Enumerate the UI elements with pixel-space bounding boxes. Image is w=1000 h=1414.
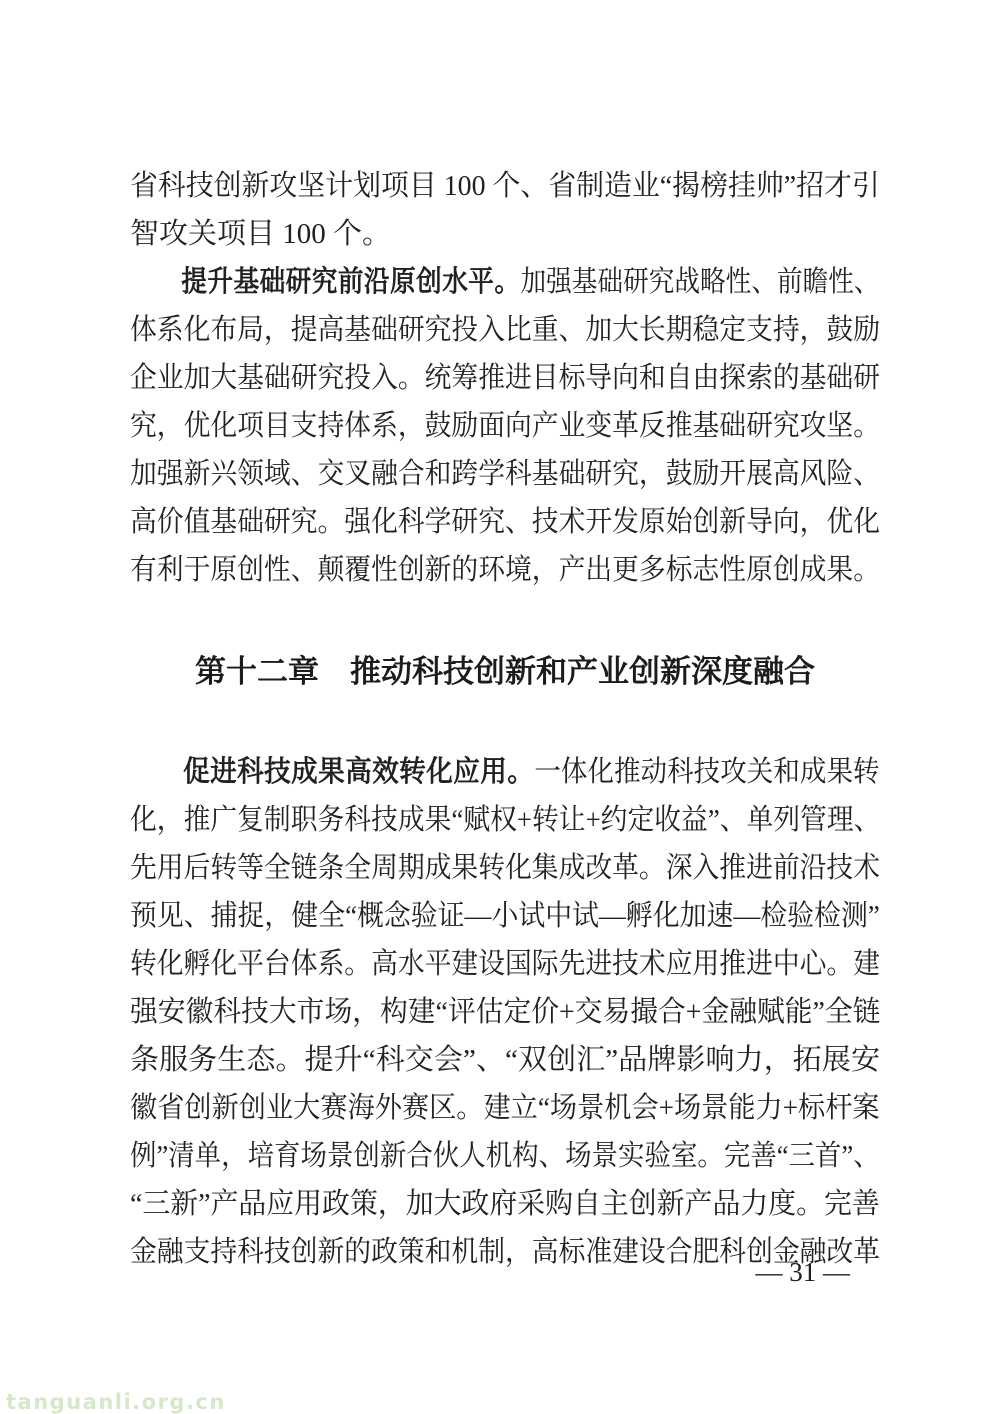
watermark: tanguanli.org.cn [6, 1390, 226, 1414]
text-line: 提升基础研究前沿原创水平。加强基础研究战略性、前瞻性、 [130, 258, 793, 306]
paragraph-achievements: 促进科技成果高效转化应用。一体化推动科技攻关和成果转 化，推广复制职务科技成果“… [130, 748, 880, 1276]
document-body: 省科技创新攻坚计划项目 100 个、省制造业“揭榜挂帅”招才引 智攻关项目 10… [130, 162, 880, 1276]
paragraph-lead-bold: 促进科技成果高效转化应用。 [183, 756, 534, 788]
text-line: 例”清单，培育场景创新合伙人机构、场景实验室。完善“三首”、 [130, 1132, 814, 1180]
text-line: 究，优化项目支持体系，鼓励面向产业变革反推基础研究攻坚。 [130, 402, 823, 450]
text-line: 企业加大基础研究投入。统筹推进目标导向和自由探索的基础研 [130, 354, 823, 402]
text-line: 高价值基础研究。强化科学研究、技术开发原始创新导向，优化 [130, 498, 823, 546]
text-line: 加强新兴领域、交叉融合和跨学科基础研究，鼓励开展高风险、 [130, 450, 823, 498]
chapter-heading: 第十二章 推动科技创新和产业创新深度融合 [130, 648, 880, 696]
text-line: 条服务生态。提升“科交会”、“双创汇”品牌影响力，拓展安 [130, 1036, 880, 1084]
text-line: 先用后转等全链条全周期成果转化集成改革。深入推进前沿技术 [130, 844, 823, 892]
text-line: 促进科技成果高效转化应用。一体化推动科技攻关和成果转 [130, 748, 817, 796]
text-line: 省科技创新攻坚计划项目 100 个、省制造业“揭榜挂帅”招才引 [130, 162, 851, 210]
paragraph-basic-research: 提升基础研究前沿原创水平。加强基础研究战略性、前瞻性、 体系化布局，提高基础研究… [130, 258, 880, 594]
paragraph-lead-bold: 提升基础研究前沿原创水平。 [181, 266, 520, 298]
text-line: 预见、捕捉，健全“概念验证—小试中试—孵化加速—检验检测” [130, 892, 825, 940]
paragraph-lead-rest: 加强基础研究战略性、前瞻性、 [520, 266, 879, 298]
text-line: 智攻关项目 100 个。 [130, 210, 880, 258]
text-line: 转化孵化平台体系。高水平建设国际先进技术应用推进中心。建 [130, 940, 823, 988]
text-line: 金融支持科技创新的政策和机制，高标准建设合肥科创金融改革 [130, 1228, 823, 1276]
paragraph-carryover: 省科技创新攻坚计划项目 100 个、省制造业“揭榜挂帅”招才引 智攻关项目 10… [130, 162, 880, 258]
text-line: 有利于原创性、颠覆性创新的环境，产出更多标志性原创成果。 [130, 546, 823, 594]
page-number: — 31 — [756, 1254, 851, 1290]
document-page: 省科技创新攻坚计划项目 100 个、省制造业“揭榜挂帅”招才引 智攻关项目 10… [0, 0, 1000, 1414]
text-line: 强安徽科技大市场，构建“评估定价+交易撮合+金融赋能”全链 [130, 988, 848, 1036]
text-line: 体系化布局，提高基础研究投入比重、加大长期稳定支持，鼓励 [130, 306, 823, 354]
text-line: 化，推广复制职务科技成果“赋权+转让+约定收益”、单列管理、 [130, 796, 823, 844]
text-line: “三新”产品应用政策，加大政府采购自主创新产品力度。完善 [130, 1180, 851, 1228]
text-line: 徽省创新创业大赛海外赛区。建立“场景机会+场景能力+标杆案 [130, 1084, 833, 1132]
paragraph-lead-rest: 一体化推动科技攻关和成果转 [534, 756, 879, 788]
